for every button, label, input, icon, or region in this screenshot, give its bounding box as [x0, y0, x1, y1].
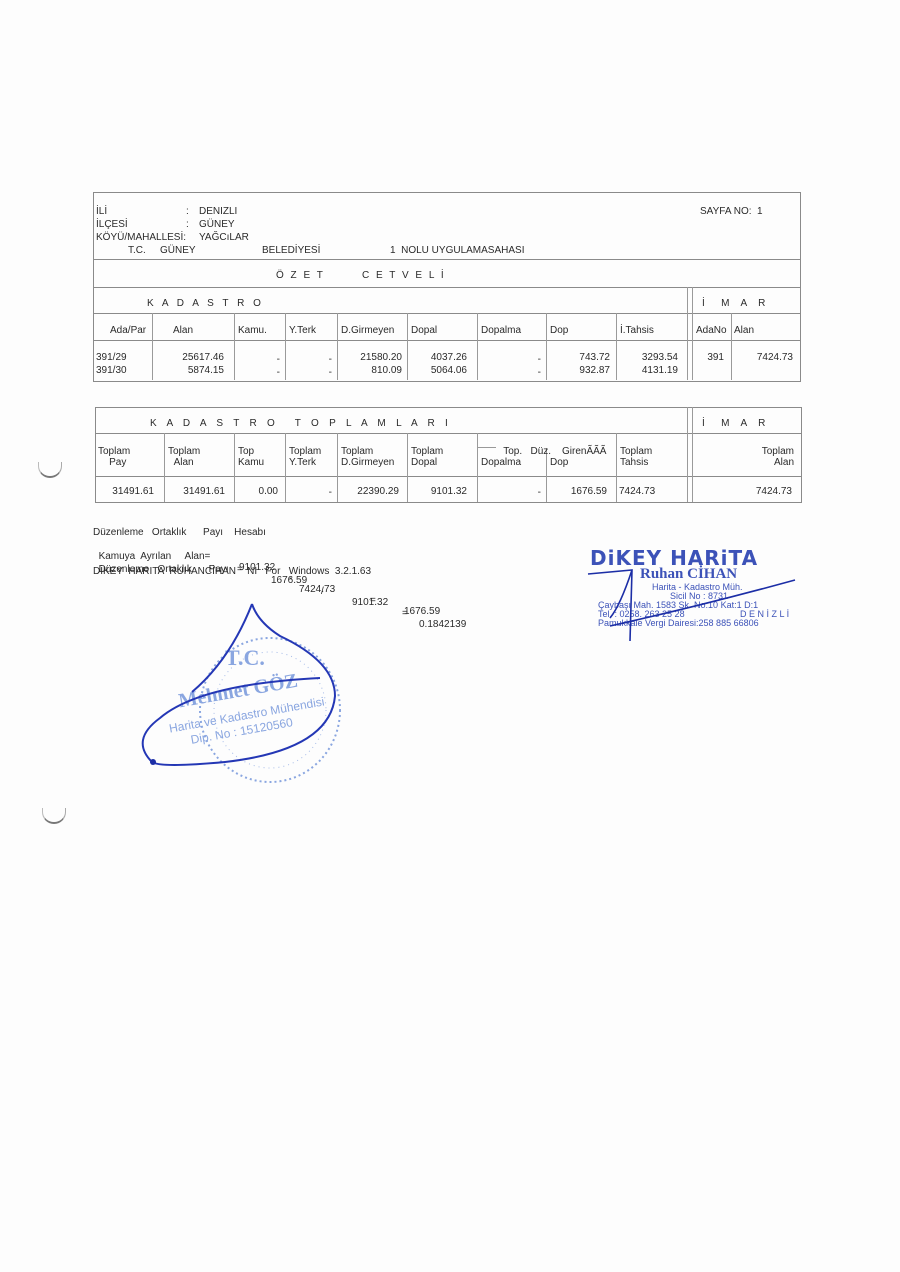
col-header-dopal: Dopal: [411, 325, 437, 336]
col-header-toplam-yterk: ToplamY.Terk: [289, 446, 321, 468]
col-header-dgirmeyen: D.Girmeyen: [341, 325, 394, 336]
cell-kamu: -: [234, 367, 280, 378]
col-header-toplam-pay: Toplam Pay: [98, 446, 130, 468]
cell-itahsis: 3293.54: [616, 352, 678, 363]
total-dop: 1676.59: [546, 486, 607, 497]
cell-dgirmeyen: 810.09: [337, 365, 402, 376]
cell-dgirmeyen: 21580.20: [337, 352, 402, 363]
imar-section-label: İ M A R: [702, 298, 767, 309]
title-ozet: Ö Z E T: [276, 270, 325, 281]
col-header-toplam-dgirmeyen: ToplamD.Girmeyen: [341, 446, 394, 468]
sayfa-no: SAYFA NO: 1: [700, 206, 763, 217]
belediye-label: BELEDİYESİ: [262, 245, 320, 256]
col-header-toplam-alan: Toplam Alan: [168, 446, 200, 468]
cell-imar-adano: 391: [692, 352, 724, 363]
cell-kamu: -: [234, 354, 280, 365]
col-header-imar-alan: Alan: [734, 325, 754, 336]
total-pay: 31491.61: [95, 486, 154, 497]
col-header-imar-toplam-alan: ToplamAlan: [700, 446, 794, 468]
col-header-yterk: Y.Terk: [289, 325, 316, 336]
il-label: İLİ: [96, 206, 107, 217]
ilce-label: İLÇESİ: [96, 219, 128, 230]
total-alan: 31491.61: [164, 486, 225, 497]
total-kamu: 0.00: [234, 486, 278, 497]
col-header-toplam-tahsis: ToplamTahsis: [620, 446, 652, 468]
signature-icon: [580, 546, 820, 646]
col-header-top-kamu: TopKamu: [238, 446, 264, 468]
cell-dopal: 5064.06: [407, 365, 467, 376]
cell-imar-alan: 7424.73: [731, 352, 793, 363]
col-header-dopalma: Dopalma: [481, 325, 521, 336]
total-dopalma: -: [477, 487, 541, 498]
tc-label: T.C.: [128, 245, 146, 256]
cell-yterk: -: [285, 354, 332, 365]
cell-ada-par: 391/29: [96, 352, 127, 363]
cell-itahsis: 4131.19: [616, 365, 678, 376]
kadastro-section-label: K A D A S T R O: [147, 298, 264, 309]
cell-alan: 25617.46: [152, 352, 224, 363]
col-header-imar-adano: AdaNo: [696, 325, 727, 336]
col-header-itahsis: İ.Tahsis: [620, 325, 654, 336]
cell-dop: 932.87: [546, 365, 610, 376]
punch-hole-top: [38, 462, 62, 478]
ilce-sep: :: [186, 219, 189, 230]
calc-title: Düzenleme Ortaklık Payı Hesabı: [93, 527, 266, 538]
total-tahsis: 7424.73: [619, 486, 655, 497]
col-header-toplam-dopal: ToplamDopal: [411, 446, 443, 468]
il-sep: :: [186, 206, 189, 217]
total-yterk: -: [285, 487, 332, 498]
company-stamp: DiKEY HARiTA Ruhan CİHAN Harita - Kadast…: [580, 546, 820, 646]
toplamlar-section-label: K A D A S T R O T O P L A M L A R I: [150, 418, 448, 429]
koy-label: KÖYÜ/MAHALLESİ:: [96, 232, 186, 243]
ilce-value: GÜNEY: [199, 219, 235, 230]
total-dopal: 9101.32: [407, 486, 467, 497]
cell-dopalma: -: [477, 367, 541, 378]
cell-alan: 5874.15: [152, 365, 224, 376]
col-header-top-duz-dopalma: Top. Düz.Dopalma: [481, 446, 551, 468]
col-header-giren-dop: GirenÃÃÃDop: [562, 446, 606, 468]
cell-dopalma: -: [477, 354, 541, 365]
il-value: DENIZLI: [199, 206, 237, 217]
punch-hole-bottom: [42, 808, 66, 824]
engineer-stamp: T.C. Mehmet GÖZ Harita ve Kadastro Mühen…: [130, 600, 350, 790]
col-header-dop: Dop: [550, 325, 568, 336]
col-header-ada-par: Ada/Par: [110, 325, 146, 336]
imar-section-label-2: İ M A R: [702, 418, 767, 429]
total-imar-alan: 7424.73: [700, 486, 792, 497]
title-cetveli: C E T V E L İ: [362, 270, 446, 281]
cell-dopal: 4037.26: [407, 352, 467, 363]
col-header-alan: Alan: [173, 325, 193, 336]
software-footer: DİKEY HARITA RUHANCİHAN NI For Windows 3…: [93, 566, 371, 577]
cell-ada-par: 391/30: [96, 365, 127, 376]
cell-dop: 743.72: [546, 352, 610, 363]
total-dgirmeyen: 22390.29: [337, 486, 399, 497]
cell-yterk: -: [285, 367, 332, 378]
col-header-kamu: Kamu.: [238, 325, 267, 336]
signature-loop-icon: [130, 600, 350, 790]
uygulama-label: 1 NOLU UYGULAMASAHASI: [390, 245, 524, 256]
koy-value: YAĞCıLAR: [199, 232, 249, 243]
belediye-name: GÜNEY: [160, 245, 196, 256]
